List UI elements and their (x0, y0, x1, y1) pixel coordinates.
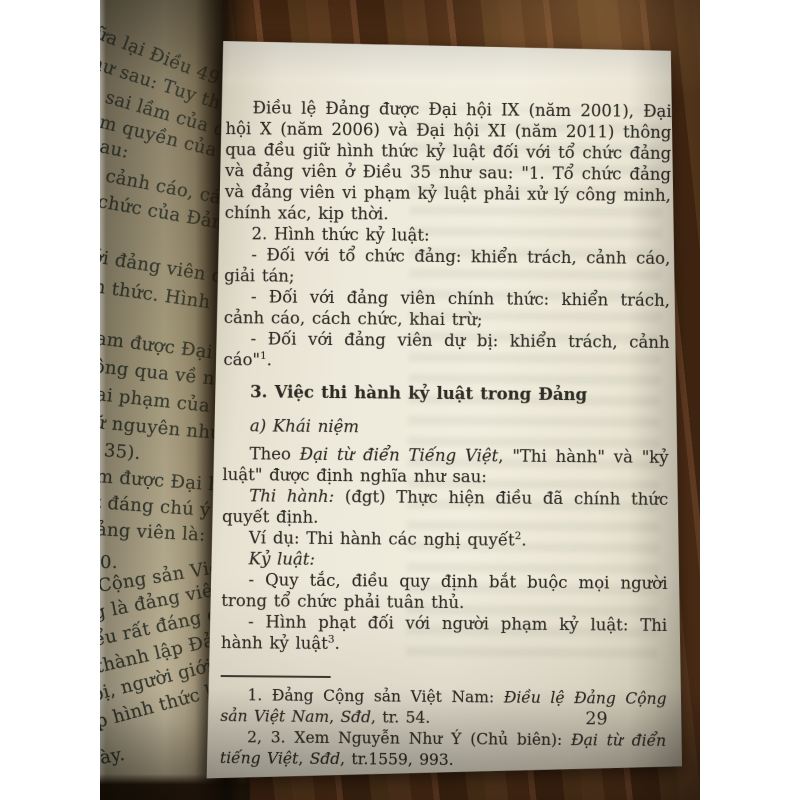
right-page-text-column: Điều lệ Đảng được Đại hội IX (năm 2001),… (220, 97, 672, 773)
footnote-text: , (298, 750, 310, 768)
footnote-marker-2: 2 (515, 530, 522, 542)
footnote-sdd: Sđd (310, 750, 341, 768)
page-number: 29 (585, 709, 607, 729)
example-text-end: . (521, 531, 526, 550)
list-item-to-chuc-dang: - Đối với tổ chức đảng: khiển trách, cản… (224, 244, 670, 290)
section-heading-3: 3. Việc thi hành kỷ luật trong Đảng (223, 381, 669, 406)
example-text: Ví dụ: Thi hành các nghị quyết (249, 528, 515, 549)
left-page-text-fragment: 35). (103, 440, 142, 464)
book-photo-screenshot: ữa lại Điều 49 qhư sau: Tuy thc sai lầm … (0, 0, 800, 800)
photo-area: ữa lại Điều 49 qhư sau: Tuy thc sai lầm … (100, 0, 700, 800)
definition-thi-hanh: Thi hành: (đgt) Thực hiện điều đã chính … (222, 485, 668, 531)
list-item-text: - Đối với đảng viên dự bị: khiển trách, … (223, 329, 669, 369)
paragraph-text: Theo (250, 444, 300, 463)
footnote-text-end: , tr.1559, 993. (340, 750, 454, 769)
subsection-heading-a: a) Khái niệm (223, 415, 669, 440)
book-title-italic: Đại từ điển Tiếng Việt (300, 445, 499, 466)
paragraph-theo-dai-tu-dien: Theo Đại từ điển Tiếng Việt, "Thi hành" … (222, 443, 668, 489)
list-item-text-end: . (334, 634, 339, 653)
list-item-text: - Hình phạt đối với người phạm kỷ luật: … (221, 612, 667, 653)
footnote-text-end: , tr. 54. (371, 708, 430, 727)
left-page-text-fragment: ày. (100, 744, 127, 769)
footnote-text: 2, 3. Xem Nguyễn Như Ý (Chủ biên): (247, 728, 571, 749)
right-page: Điều lệ Đảng được Đại hội IX (năm 2001),… (202, 38, 692, 784)
list-item-quy-tac: - Quy tắc, điều quy định bắt buộc mọi ng… (221, 569, 667, 615)
left-page-text-fragment: 0. (100, 552, 118, 573)
footnote-text: 1. Đảng Cộng sản Việt Nam: (247, 686, 503, 706)
term-italic: Thi hành: (249, 486, 334, 506)
list-item-hinh-phat: - Hình phạt đối với người phạm kỷ luật: … (221, 611, 667, 657)
list-item-text-end: . (267, 350, 272, 369)
footnote-2-3: 2, 3. Xem Nguyễn Như Ý (Chủ biên): Đại t… (220, 727, 666, 773)
footnote-separator-rule (221, 675, 331, 678)
paragraph-dieu-le-dang: Điều lệ Đảng được Đại hội IX (năm 2001),… (225, 97, 672, 227)
footnote-sdd: Sđd (340, 708, 371, 726)
footnote-text: , (329, 708, 341, 726)
list-item-dang-vien-du-bi: - Đối với đảng viên dự bị: khiển trách, … (223, 328, 669, 374)
list-item-dang-vien-chinh-thuc: - Đối với đảng viên chính thức: khiển tr… (224, 286, 670, 332)
left-page-text-fragment: au: (100, 136, 131, 163)
right-page-surface: Điều lệ Đảng được Đại hội IX (năm 2001),… (202, 38, 692, 784)
